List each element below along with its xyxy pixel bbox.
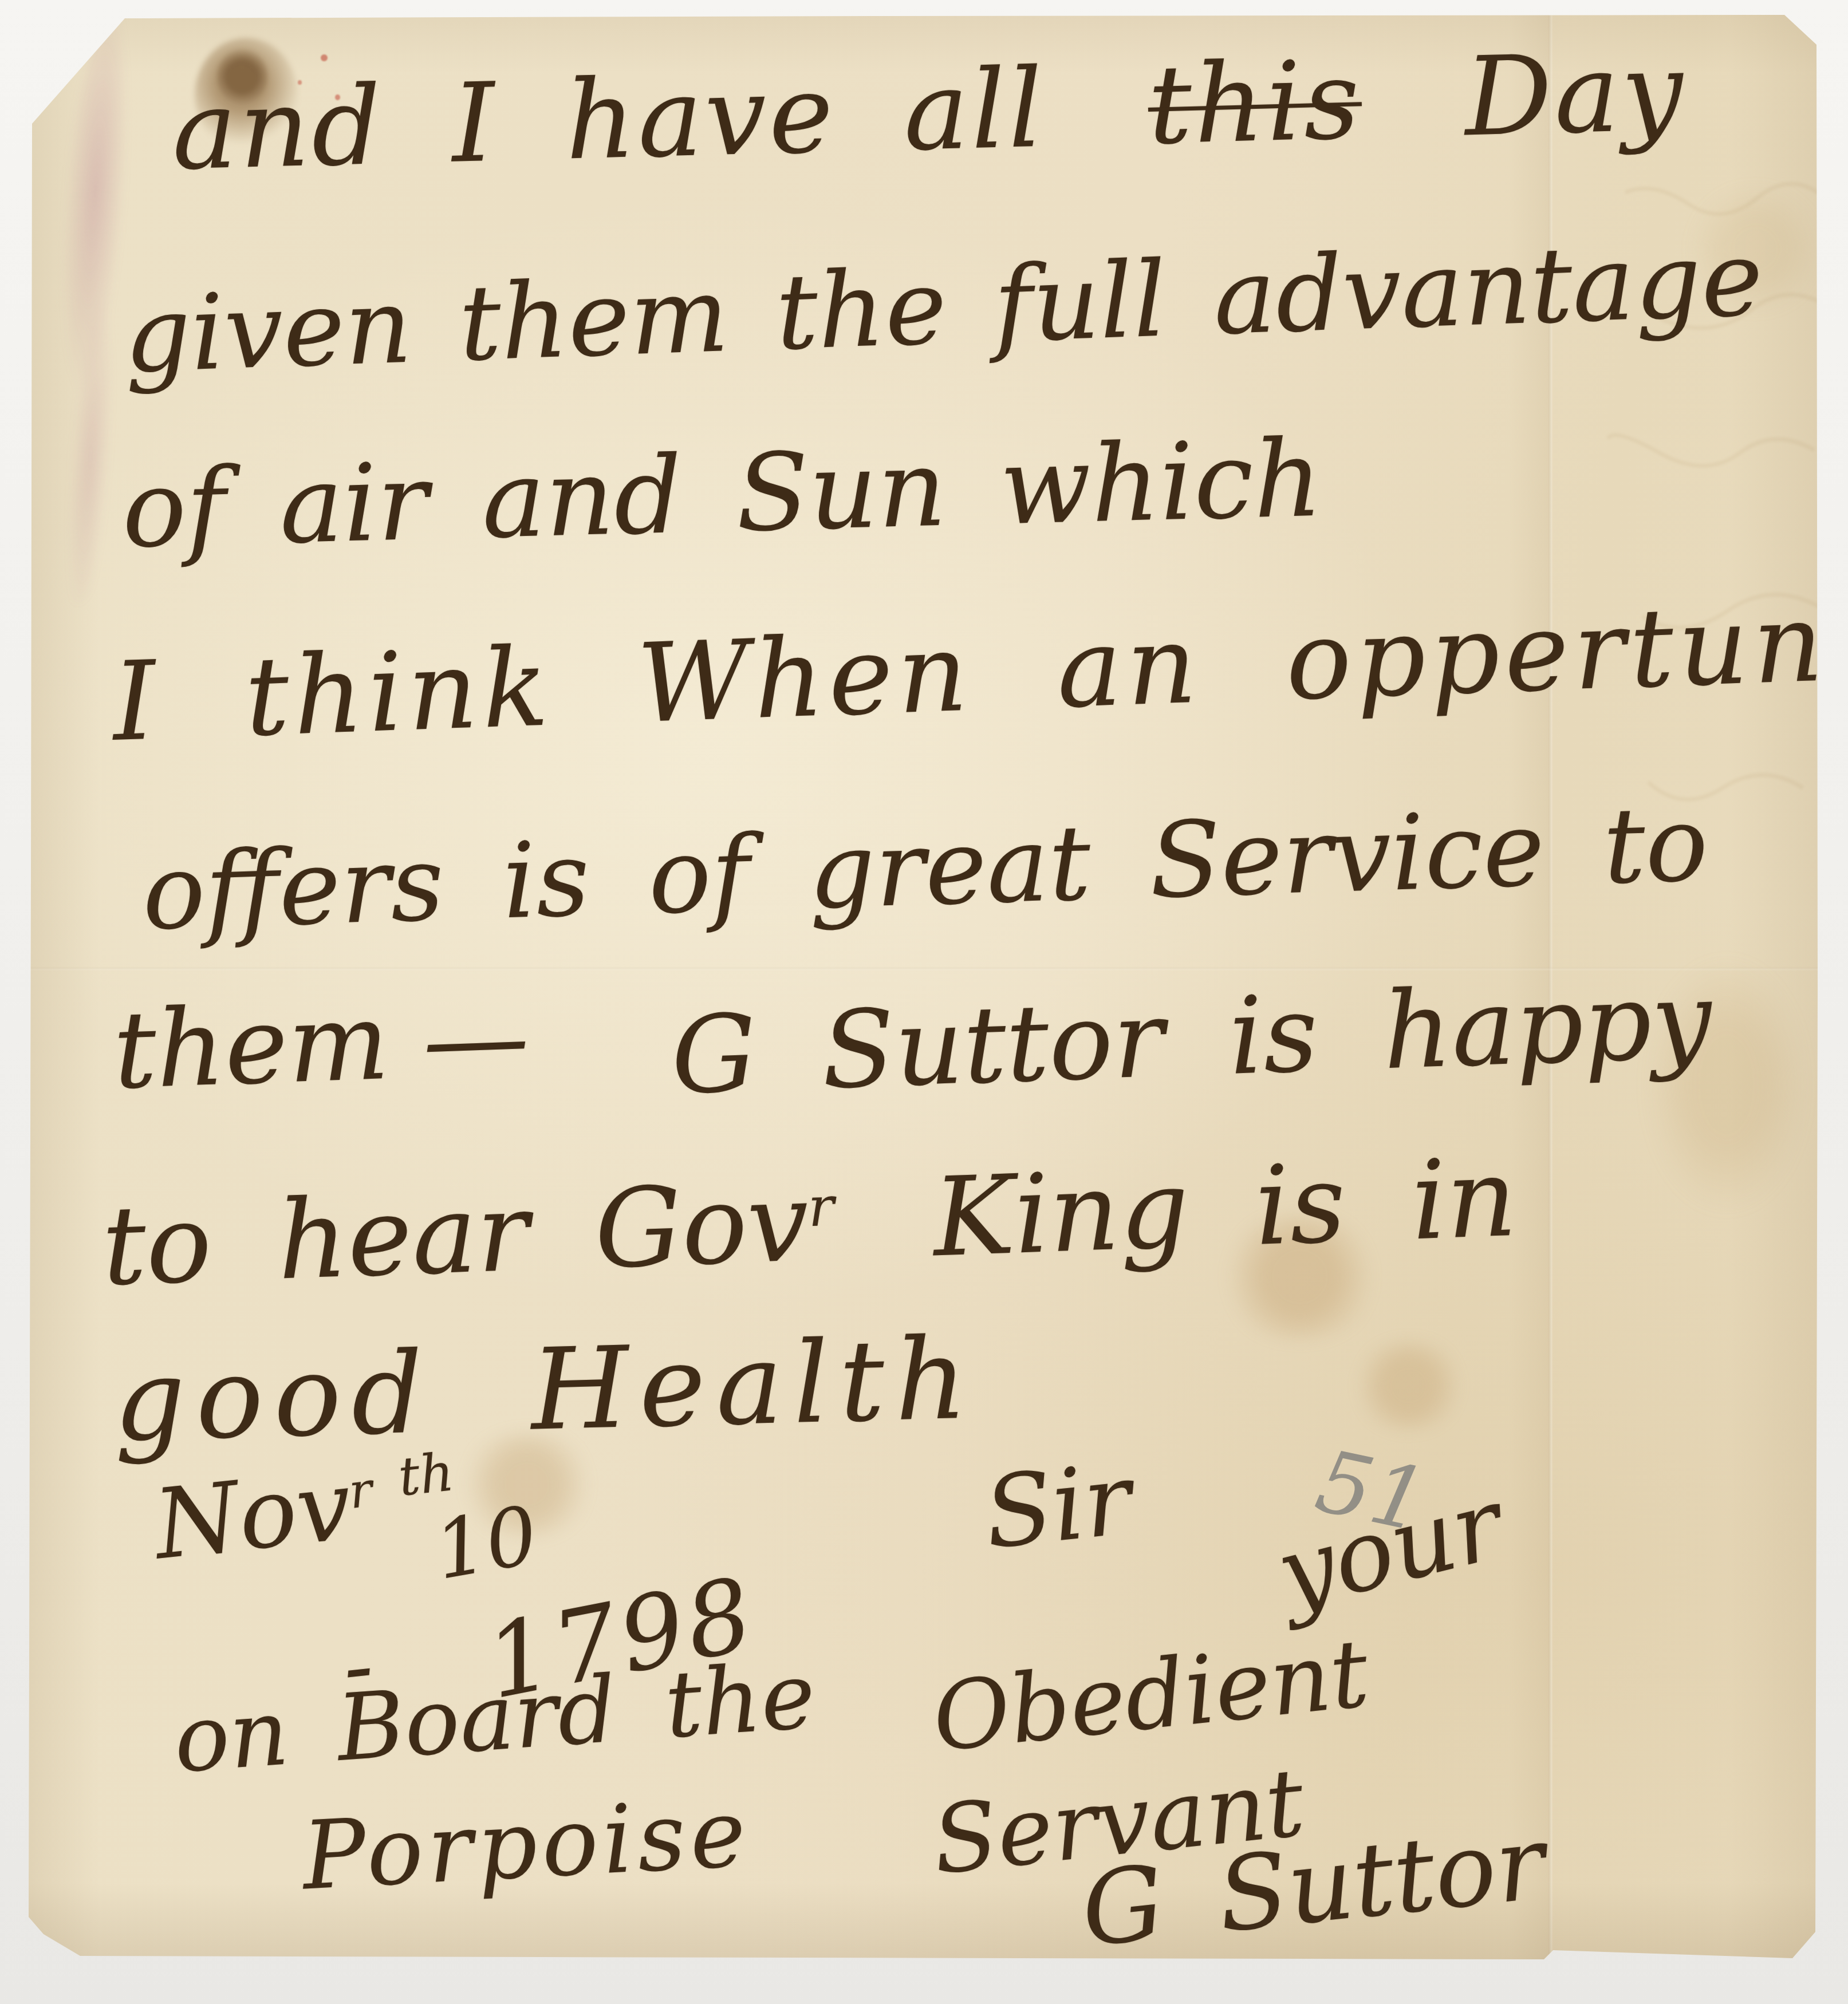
month-text: Nov	[149, 1449, 357, 1581]
letter-line-6-right: G Suttor is happy	[669, 967, 1713, 1109]
line1-struck-word: this	[1146, 37, 1364, 169]
dateline-day: 10	[429, 1496, 543, 1592]
red-speck	[321, 54, 328, 61]
line1-post: Day	[1463, 28, 1687, 160]
dateline-day-suffix: th	[396, 1446, 456, 1504]
dateline-month: Novr	[150, 1454, 379, 1573]
closing-obedient: Obedient	[929, 1627, 1373, 1766]
letter-line-3: of air and Sun which	[121, 425, 1323, 563]
letter-line-1: and I have all this Day	[171, 37, 1687, 186]
line7-superscript: r	[807, 1175, 835, 1240]
foxing-spot	[1351, 1340, 1466, 1431]
closing-salutation: Sir	[980, 1450, 1136, 1563]
pencil-number-annotation: 51	[1309, 1438, 1434, 1545]
scanned-letter: and I have all this Day given them the f…	[0, 0, 1848, 2004]
letter-line-4: I think When an oppertunity	[111, 583, 1848, 757]
closing-place-line: on Board the	[171, 1650, 818, 1786]
letter-line-5: offers is of great Service to	[141, 791, 1709, 945]
line1-pre: and I have all	[171, 45, 1047, 195]
letter-line-7: to hear Govr King is in	[100, 1143, 1518, 1301]
letter-line-6-left: them —	[112, 983, 531, 1104]
letter-line-8: good Health	[112, 1323, 979, 1457]
line7-pre: to hear Gov	[100, 1159, 811, 1310]
letter-page: and I have all this Day given them the f…	[27, 15, 1819, 1960]
line7-post: King is in	[931, 1134, 1519, 1281]
letter-line-2: given them the full advantage	[123, 226, 1765, 388]
closing-ship-name: Porpoise	[300, 1786, 752, 1904]
